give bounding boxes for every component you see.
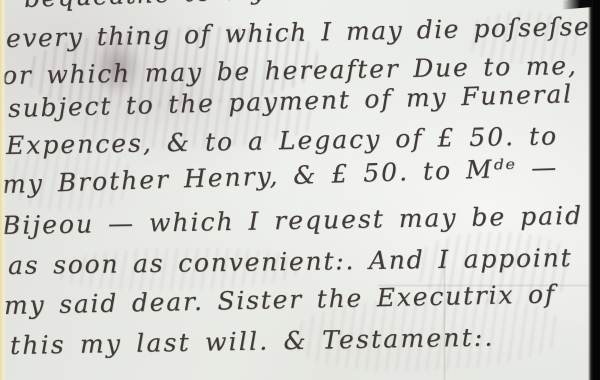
photo-backdrop-right-edge bbox=[588, 0, 600, 380]
paper-crease-vertical bbox=[444, 256, 445, 380]
manuscript-photo: bequeathe to my every thing of which I m… bbox=[0, 0, 600, 380]
page-left-edge bbox=[0, 0, 6, 380]
